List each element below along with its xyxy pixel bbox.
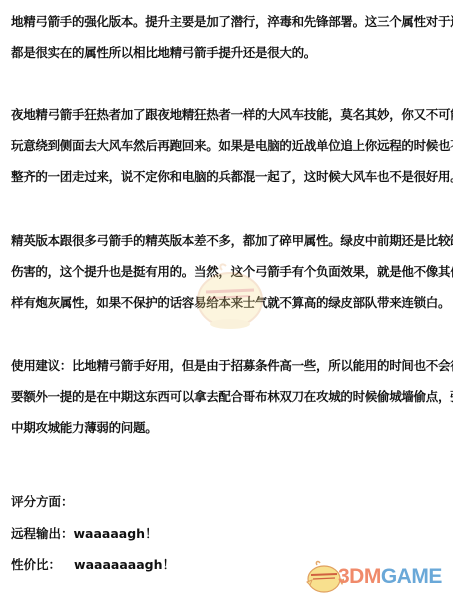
text-line: 精英版本跟很多弓箭手的精英版本差不多，都加了碎甲属性。绿皮中前期还是比较缺乏破甲 (11, 225, 447, 256)
text-line: 样有炮灰属性，如果不保护的话容易给本来士气就不算高的绿皮部队带来连锁白。 (11, 287, 447, 318)
score-value-for-money: 性价比： waaaaaaagh！ (11, 555, 175, 575)
brand-text: 3DMGAME (338, 565, 442, 589)
text-line: 中期攻城能力薄弱的问题。 (11, 412, 447, 443)
text-line: 玩意绕到侧面去大风车然后再跑回来。如果是电脑的近战单位追上你远程的时候也不会是很 (11, 130, 447, 161)
text-line: 整齐的一团走过来，说不定你和电脑的兵都混一起了，这时候大风车也不是很好用。 (11, 161, 447, 192)
text-line: 伤害的，这个提升也是挺有用的。当然，这个弓箭手有个负面效果，就是他不像其他地精一 (11, 256, 447, 287)
score-ranged-output: 远程输出：waaaaagh！ (11, 524, 158, 544)
text-line: 都是很实在的属性所以相比地精弓箭手提升还是很大的。 (11, 37, 447, 68)
text-line: 夜地精弓箭手狂热者加了跟夜地精狂热者一样的大风车技能，莫名其妙，你又不可能真用这 (11, 99, 447, 130)
paragraph-2: 夜地精弓箭手狂热者加了跟夜地精狂热者一样的大风车技能，莫名其妙，你又不可能真用这… (11, 99, 447, 192)
text-line: 地精弓箭手的强化版本。提升主要是加了潜行，淬毒和先锋部署。这三个属性对于远程来说 (11, 6, 447, 37)
brand-text-3dm: 3DM (338, 565, 381, 588)
paragraph-3: 精英版本跟很多弓箭手的精英版本差不多，都加了碎甲属性。绿皮中前期还是比较缺乏破甲… (11, 225, 447, 318)
brand-text-game: GAME (381, 565, 442, 588)
text-line: 要额外一提的是在中期这东西可以拿去配合哥布林双刀在攻城的时候偷城墙偷点，弥补绿皮 (11, 381, 447, 412)
paragraph-1: 地精弓箭手的强化版本。提升主要是加了潜行，淬毒和先锋部署。这三个属性对于远程来说… (11, 6, 447, 68)
scoring-heading: 评分方面： (11, 492, 74, 512)
paragraph-4: 使用建议：比地精弓箭手好用，但是由于招募条件高一些，所以能用的时间也不会很多。需… (11, 350, 447, 443)
3dmgame-logo: 3DMGAME (300, 560, 450, 594)
text-line: 使用建议：比地精弓箭手好用，但是由于招募条件高一些，所以能用的时间也不会很多。需 (11, 350, 447, 381)
